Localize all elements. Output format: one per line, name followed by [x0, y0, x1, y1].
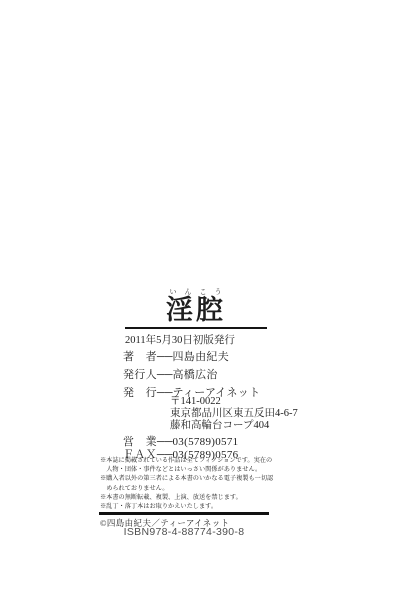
credit-value-publisher-person: 高橋広治: [173, 369, 218, 381]
title-furigana-2: こう: [196, 288, 226, 296]
title-furigana-1: いん: [166, 288, 196, 296]
address-street: 東京都品川区東五反田4-6-7: [170, 408, 298, 420]
title-char-2: 腔: [196, 295, 226, 325]
credit-label-publisher: 発 行: [123, 387, 157, 399]
credit-label-publisher-person: 発行人: [123, 369, 157, 381]
note-fiction-disclaimer: ※本誌に掲載されている作品は全てフィクションです。実在の人物・団体・事件などとは…: [100, 456, 276, 474]
credit-value-author: 四島由紀夫: [173, 351, 230, 363]
credit-row-author: 著 者──四島由紀夫: [123, 348, 229, 364]
page-title: 淫いん腔こう: [125, 288, 267, 324]
title-divider-rule: [125, 327, 267, 329]
footer-divider-rule: [99, 512, 269, 515]
note-digital-copy: ※購入者以外の第三者による本書のいかなる電子複製も一切認められておりません。: [100, 474, 276, 492]
title-ruby: 淫いん腔こう: [166, 295, 226, 325]
legal-notes: ※本誌に掲載されている作品は全てフィクションです。実在の人物・団体・事件などとは…: [100, 456, 276, 511]
title-char-1: 淫: [166, 295, 196, 325]
credit-label-author: 著 者: [123, 351, 157, 363]
label-value-separator: ──: [157, 351, 173, 363]
address-postal-code: 〒141-0022: [170, 396, 298, 408]
label-value-separator: ──: [157, 369, 173, 381]
credit-row-publisher-person: 発行人──高橋広治: [123, 366, 218, 382]
note-no-reproduction: ※本書の無断転載、複製、上演、放送を禁じます。: [100, 493, 276, 502]
note-defective-copy: ※乱丁・落丁本はお取りかえいたします。: [100, 502, 276, 511]
isbn-number: ISBN978-4-88774-390-8: [99, 526, 269, 538]
edition-date: 2011年5月30日初版発行: [125, 332, 235, 347]
publisher-address: 〒141-0022 東京都品川区東五反田4-6-7 藤和高輪台コープ404: [170, 396, 298, 432]
address-building: 藤和高輪台コープ404: [170, 420, 298, 432]
